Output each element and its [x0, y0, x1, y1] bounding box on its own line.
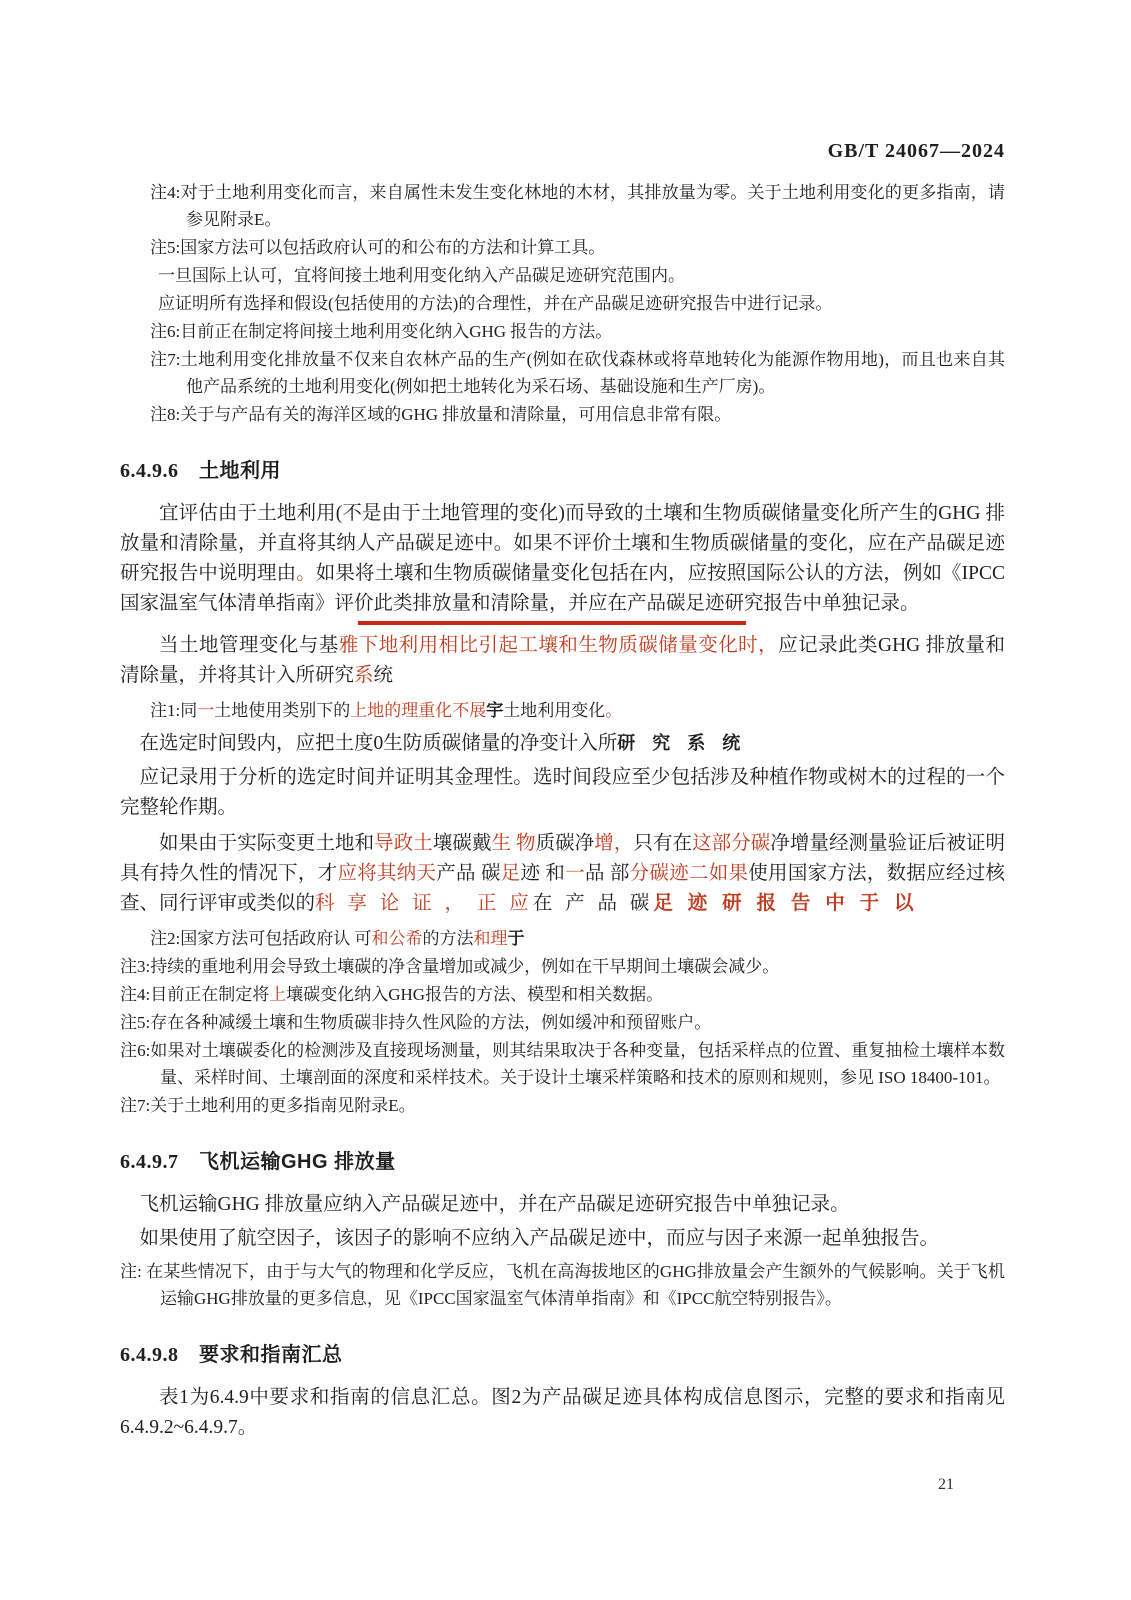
note-4-top: 注4:对于土地利用变化而言，来自属性未发生变化林地的木材，其排放量为零。关于土地…	[150, 179, 1005, 233]
note-5-mid: 注5:存在各种减缓土壤和生物质碳非持久性风险的方法，例如缓冲和预留账户。	[120, 1009, 1005, 1036]
heading-6-4-9-7: 6.4.9.7 飞机运输GHG 排放量	[120, 1145, 1005, 1174]
text-run: 土地利用变化	[503, 701, 605, 720]
para-actual-land-change: 如果由于实际变更土地和导政土壤碳戴生 物质碳净增，只有在这部分碳净增量经测量验证…	[120, 829, 1005, 919]
note-6-mid: 注6:如果对土壤碳委化的检测涉及直接现场测量，则其结果取决于各种变量，包括采样点…	[120, 1037, 1005, 1091]
text-run: 科 享 论 证 ， 正 应	[315, 893, 533, 914]
text-run: 统	[374, 665, 394, 686]
text-run: 一	[197, 701, 214, 720]
document-page: GB/T 24067—2024 注4:对于土地利用变化而言，来自属性未发生变化林…	[0, 0, 1131, 1600]
standard-number: GB/T 24067—2024	[120, 140, 1005, 163]
text-run: 当土地管理变化与基	[159, 635, 339, 656]
text-run: 注3:持续的重地利用会导致土壤碳的净含量增加或减少，例如在干早期间土壤碳会减少。	[120, 957, 779, 976]
text-run: 生 物	[492, 833, 536, 854]
text-run: 壤碳变化纳入GHG报告的方法、模型和相关数据。	[286, 985, 663, 1004]
note-7-top: 注7:土地利用变化排放量不仅来自农林产品的生产(例如在砍伐森林或将草地转化为能源…	[150, 346, 1005, 400]
text-run: 一旦国际上认可，宜将间接土地利用变化纳入产品碳足迹研究范围内。	[158, 266, 685, 285]
text-run: 导政土	[374, 833, 433, 854]
text-run: 雅下地利用相比引起工壤和生物质碳储量变化时，	[339, 635, 778, 656]
note-2-mid: 注2:国家方法可包括政府认 可和公希的方法和理于	[150, 925, 1005, 952]
page-number: 21	[938, 1476, 954, 1494]
text-run: 土地利用	[199, 460, 281, 482]
document-content: 注4:对于土地利用变化而言，来自属性未发生变化林地的木材，其排放量为零。关于土地…	[120, 179, 1005, 1443]
text-run: 上	[269, 985, 286, 1004]
para-aviation-factor: 如果使用了航空因子，该因子的影响不应纳入产品碳足迹中，而应与因子来源一起单独报告…	[120, 1224, 1005, 1254]
text-run: 6.4.9.8	[120, 1344, 199, 1366]
text-run: 注2:国家方法可包括政府认 可	[150, 929, 371, 948]
text-run: 飞机运输GHG 排放量	[199, 1151, 396, 1173]
text-run: 如果由于实际变更土地和	[159, 833, 374, 854]
line-record-time-analysis: 应记录用于分析的选定时间并证明其金理性。选时间段应至少包括涉及种植作物或树木的过…	[120, 763, 1005, 823]
text-run: 足 迹 研 报 告 中 于 以	[653, 893, 918, 914]
text-run: 飞机运输GHG 排放量应纳入产品碳足迹中，并在产品碳足迹研究报告中单独记录。	[140, 1194, 850, 1215]
text-run: 分碳迹二如果	[630, 863, 749, 884]
text-run: 在 产 品 碳	[533, 893, 654, 914]
note-7-mid: 注7:关于土地利用的更多指南见附录E。	[120, 1092, 1005, 1119]
text-run: 注8:关于与产品有关的海洋区域的GHG 排放量和清除量，可用信息非常有限。	[150, 405, 731, 424]
text-run: 足	[501, 863, 521, 884]
note-line-indirect-recognition: 一旦国际上认可，宜将间接土地利用变化纳入产品碳足迹研究范围内。	[158, 262, 1005, 289]
para-land-use-assessment: 宜评估由于土地利用(不是由于土地管理的变化)而导致的土壤和生物质碳储量变化所产生…	[120, 499, 1005, 619]
note-5-top: 注5:国家方法可以包括政府认可的和公布的方法和计算工具。	[150, 234, 1005, 261]
text-run: 品 部	[585, 863, 630, 884]
line-selected-time-period: 在选定时间毁内，应把土度0生防质碳储量的净变计入所研 究 系 统	[120, 728, 1005, 759]
text-run: 系	[354, 665, 374, 686]
text-run: 注4:目前正在制定将	[120, 985, 269, 1004]
note-aviation: 注: 在某些情况下，由于与大气的物理和化学反应，飞机在高海拔地区的GHG排放量会…	[120, 1258, 1005, 1312]
text-run: 上地的理重化不展	[350, 701, 486, 720]
note-4-mid: 注4:目前正在制定将上壤碳变化纳入GHG报告的方法、模型和相关数据。	[120, 981, 1005, 1008]
text-run: 注4:对于土地利用变化而言，来自属性未发生变化林地的木材，其排放量为零。关于土地…	[150, 183, 1005, 229]
note-6-top: 注6:目前正在制定将间接土地利用变化纳入GHG 报告的方法。	[150, 318, 1005, 345]
text-run: 土地使用类别下的	[214, 701, 350, 720]
text-run: 和理	[473, 929, 507, 948]
text-run: 注5:存在各种减缓土壤和生物质碳非持久性风险的方法，例如缓冲和预留账户。	[120, 1013, 711, 1032]
text-run: 表1为6.4.9中要求和指南的信息汇总。图2为产品碳足迹具体构成信息图示，完整的…	[120, 1387, 1005, 1438]
text-run: 应证明所有选择和假设(包括使用的方法)的合理性，并在产品碳足迹研究报告中进行记录…	[158, 294, 832, 313]
text-run: 迹 和	[521, 863, 566, 884]
note-1-mid: 注1:同一土地使用类别下的上地的理重化不展宇土地利用变化。	[150, 697, 1005, 724]
note-line-justification: 应证明所有选择和假设(包括使用的方法)的合理性，并在产品碳足迹研究报告中进行记录…	[158, 290, 1005, 317]
text-run: 6.4.9.7	[120, 1151, 199, 1173]
text-run: 在选定时间毁内，应把土度0生防质碳储量的净变计入所	[140, 733, 618, 754]
text-run: 和公希	[371, 929, 422, 948]
text-run: 6.4.9.6	[120, 460, 199, 482]
heading-6-4-9-8: 6.4.9.8 要求和指南汇总	[120, 1338, 1005, 1367]
text-run: 如果使用了航空因子，该因子的影响不应纳入产品碳足迹中，而应与因子来源一起单独报告…	[140, 1228, 940, 1249]
heading-6-4-9-6: 6.4.9.6 土地利用	[120, 454, 1005, 483]
note-3-mid: 注3:持续的重地利用会导致土壤碳的净含量增加或减少，例如在干早期间土壤碳会减少。	[120, 953, 1005, 980]
text-run: 一	[565, 863, 585, 884]
text-run: 只有在	[633, 833, 692, 854]
para-aircraft-ghg: 飞机运输GHG 排放量应纳入产品碳足迹中，并在产品碳足迹研究报告中单独记录。	[120, 1190, 1005, 1220]
text-run: 注7:关于土地利用的更多指南见附录E。	[120, 1096, 416, 1115]
text-run: 壤碳戴	[433, 833, 492, 854]
text-run: 注1:同	[150, 701, 197, 720]
text-run: 质碳净	[536, 833, 595, 854]
para-summary-table: 表1为6.4.9中要求和指南的信息汇总。图2为产品碳足迹具体构成信息图示，完整的…	[120, 1383, 1005, 1443]
text-run: 宇	[486, 701, 503, 720]
text-run: 于	[507, 929, 524, 948]
text-run: 注7:土地利用变化排放量不仅来自农林产品的生产(例如在砍伐森林或将草地转化为能源…	[150, 350, 1005, 396]
text-run: 。	[605, 701, 622, 720]
text-run: 。	[296, 563, 316, 584]
note-8-top: 注8:关于与产品有关的海洋区域的GHG 排放量和清除量，可用信息非常有限。	[150, 401, 1005, 428]
text-run: 应记录用于分析的选定时间并证明其金理性。选时间段应至少包括涉及种植作物或树木的过…	[120, 767, 1005, 818]
text-run: 产品 碳	[436, 863, 500, 884]
red-underline-mark	[358, 621, 746, 625]
text-run: 应将其纳天	[337, 863, 436, 884]
text-run: 注6:目前正在制定将间接土地利用变化纳入GHG 报告的方法。	[150, 322, 612, 341]
text-run: 注6:如果对土壤碳委化的检测涉及直接现场测量，则其结果取决于各种变量，包括采样点…	[120, 1041, 1005, 1087]
text-run: 注: 在某些情况下，由于与大气的物理和化学反应，飞机在高海拔地区的GHG排放量会…	[120, 1262, 1005, 1308]
text-run: 的方法	[422, 929, 473, 948]
text-run: 注5:国家方法可以包括政府认可的和公布的方法和计算工具。	[150, 238, 605, 257]
text-run: 这部分碳	[692, 833, 770, 854]
text-run: 要求和指南汇总	[199, 1344, 343, 1366]
text-run: 增，	[594, 833, 633, 854]
para-land-management-change: 当土地管理变化与基雅下地利用相比引起工壤和生物质碳储量变化时，应记录此类GHG …	[120, 631, 1005, 691]
text-run: 研 究 系 统	[617, 733, 746, 753]
